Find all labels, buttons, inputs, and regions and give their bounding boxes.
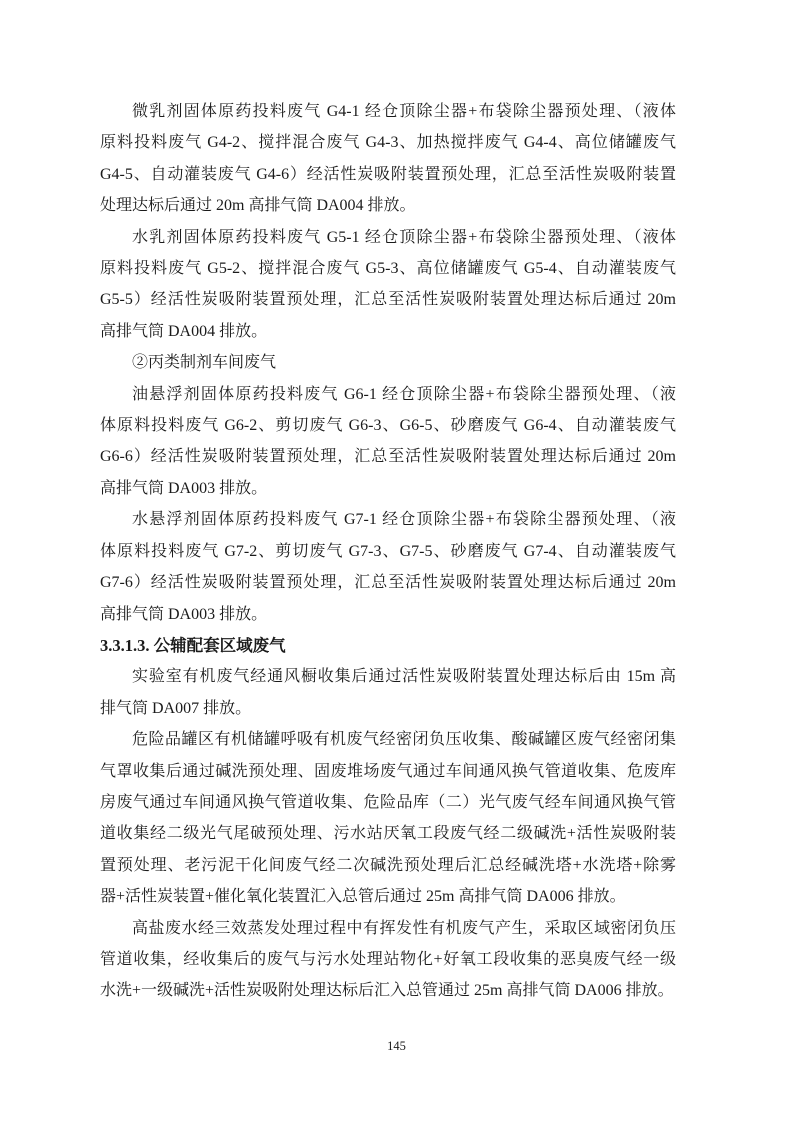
paragraph-line: 微乳剂固体原药投料废气 G4-1 经仓顶除尘器+布袋除尘器预处理、（液体: [100, 96, 676, 127]
section-heading: 3.3.1.3. 公辅配套区域废气: [100, 630, 676, 661]
paragraph-line: 高排气筒 DA003 排放。: [100, 473, 676, 504]
paragraph-line: 管道收集，经收集后的废气与污水处理站物化+好氧工段收集的恶臭废气经一级: [100, 944, 676, 975]
paragraph-line: 器+活性炭装置+催化氧化装置汇入总管后通过 25m 高排气筒 DA006 排放。: [100, 881, 676, 912]
paragraph-line: 实验室有机废气经通风橱收集后通过活性炭吸附装置处理达标后由 15m 高: [100, 661, 676, 692]
paragraph-line: G6-6）经活性炭吸附装置预处理，汇总至活性炭吸附装置处理达标后通过 20m: [100, 441, 676, 472]
paragraph-line: 油悬浮剂固体原药投料废气 G6-1 经仓顶除尘器+布袋除尘器预处理、（液: [100, 379, 676, 410]
paragraph: 高盐废水经三效蒸发处理过程中有挥发性有机废气产生，采取区域密闭负压管道收集，经收…: [100, 913, 676, 1007]
paragraph-line: 体原料投料废气 G7-2、剪切废气 G7-3、G7-5、砂磨废气 G7-4、自动…: [100, 536, 676, 567]
paragraph-line: 道收集经二级光气尾破预处理、污水站厌氧工段废气经二级碱洗+活性炭吸附装: [100, 818, 676, 849]
paragraph-line: 高盐废水经三效蒸发处理过程中有挥发性有机废气产生，采取区域密闭负压: [100, 913, 676, 944]
paragraph-line: G7-6）经活性炭吸附装置预处理，汇总至活性炭吸附装置处理达标后通过 20m: [100, 567, 676, 598]
paragraph-line: 处理达标后通过 20m 高排气筒 DA004 排放。: [100, 190, 676, 221]
paragraph-line: 水乳剂固体原药投料废气 G5-1 经仓顶除尘器+布袋除尘器预处理、（液体: [100, 222, 676, 253]
paragraph-line: 高排气筒 DA003 排放。: [100, 599, 676, 630]
paragraph-line: ②丙类制剂车间废气: [100, 347, 676, 378]
paragraph-line: 体原料投料废气 G6-2、剪切废气 G6-3、G6-5、砂磨废气 G6-4、自动…: [100, 410, 676, 441]
paragraph: 水乳剂固体原药投料废气 G5-1 经仓顶除尘器+布袋除尘器预处理、（液体原料投料…: [100, 222, 676, 348]
document-page: 微乳剂固体原药投料废气 G4-1 经仓顶除尘器+布袋除尘器预处理、（液体原料投料…: [0, 0, 793, 1122]
paragraph: 水悬浮剂固体原药投料废气 G7-1 经仓顶除尘器+布袋除尘器预处理、（液体原料投…: [100, 504, 676, 630]
document-body: 微乳剂固体原药投料废气 G4-1 经仓顶除尘器+布袋除尘器预处理、（液体原料投料…: [100, 96, 676, 1007]
paragraph: 油悬浮剂固体原药投料废气 G6-1 经仓顶除尘器+布袋除尘器预处理、（液体原料投…: [100, 379, 676, 505]
paragraph-line: 原料投料废气 G5-2、搅拌混合废气 G5-3、高位储罐废气 G5-4、自动灌装…: [100, 253, 676, 284]
paragraph-line: 高排气筒 DA004 排放。: [100, 316, 676, 347]
paragraph-line: 置预处理、老污泥干化间废气经二次碱洗预处理后汇总经碱洗塔+水洗塔+除雾: [100, 850, 676, 881]
paragraph-line: G4-5、自动灌装废气 G4-6）经活性炭吸附装置预处理，汇总至活性炭吸附装置: [100, 159, 676, 190]
paragraph-line: 危险品罐区有机储罐呼吸有机废气经密闭负压收集、酸碱罐区废气经密闭集: [100, 724, 676, 755]
paragraph: 微乳剂固体原药投料废气 G4-1 经仓顶除尘器+布袋除尘器预处理、（液体原料投料…: [100, 96, 676, 222]
paragraph-line: 排气筒 DA007 排放。: [100, 693, 676, 724]
paragraph-line: 气罩收集后通过碱洗预处理、固废堆场废气通过车间通风换气管道收集、危废库: [100, 756, 676, 787]
paragraph: ②丙类制剂车间废气: [100, 347, 676, 378]
paragraph: 危险品罐区有机储罐呼吸有机废气经密闭负压收集、酸碱罐区废气经密闭集气罩收集后通过…: [100, 724, 676, 912]
page-footer: 145: [0, 1038, 793, 1054]
paragraph-line: 水悬浮剂固体原药投料废气 G7-1 经仓顶除尘器+布袋除尘器预处理、（液: [100, 504, 676, 535]
paragraph: 实验室有机废气经通风橱收集后通过活性炭吸附装置处理达标后由 15m 高排气筒 D…: [100, 661, 676, 724]
paragraph-line: G5-5）经活性炭吸附装置预处理，汇总至活性炭吸附装置处理达标后通过 20m: [100, 284, 676, 315]
paragraph-line: 原料投料废气 G4-2、搅拌混合废气 G4-3、加热搅拌废气 G4-4、高位储罐…: [100, 127, 676, 158]
page-number: 145: [387, 1039, 406, 1053]
paragraph-line: 水洗+一级碱洗+活性炭吸附处理达标后汇入总管通过 25m 高排气筒 DA006 …: [100, 975, 676, 1006]
paragraph-line: 房废气通过车间通风换气管道收集、危险品库（二）光气废气经车间通风换气管: [100, 787, 676, 818]
